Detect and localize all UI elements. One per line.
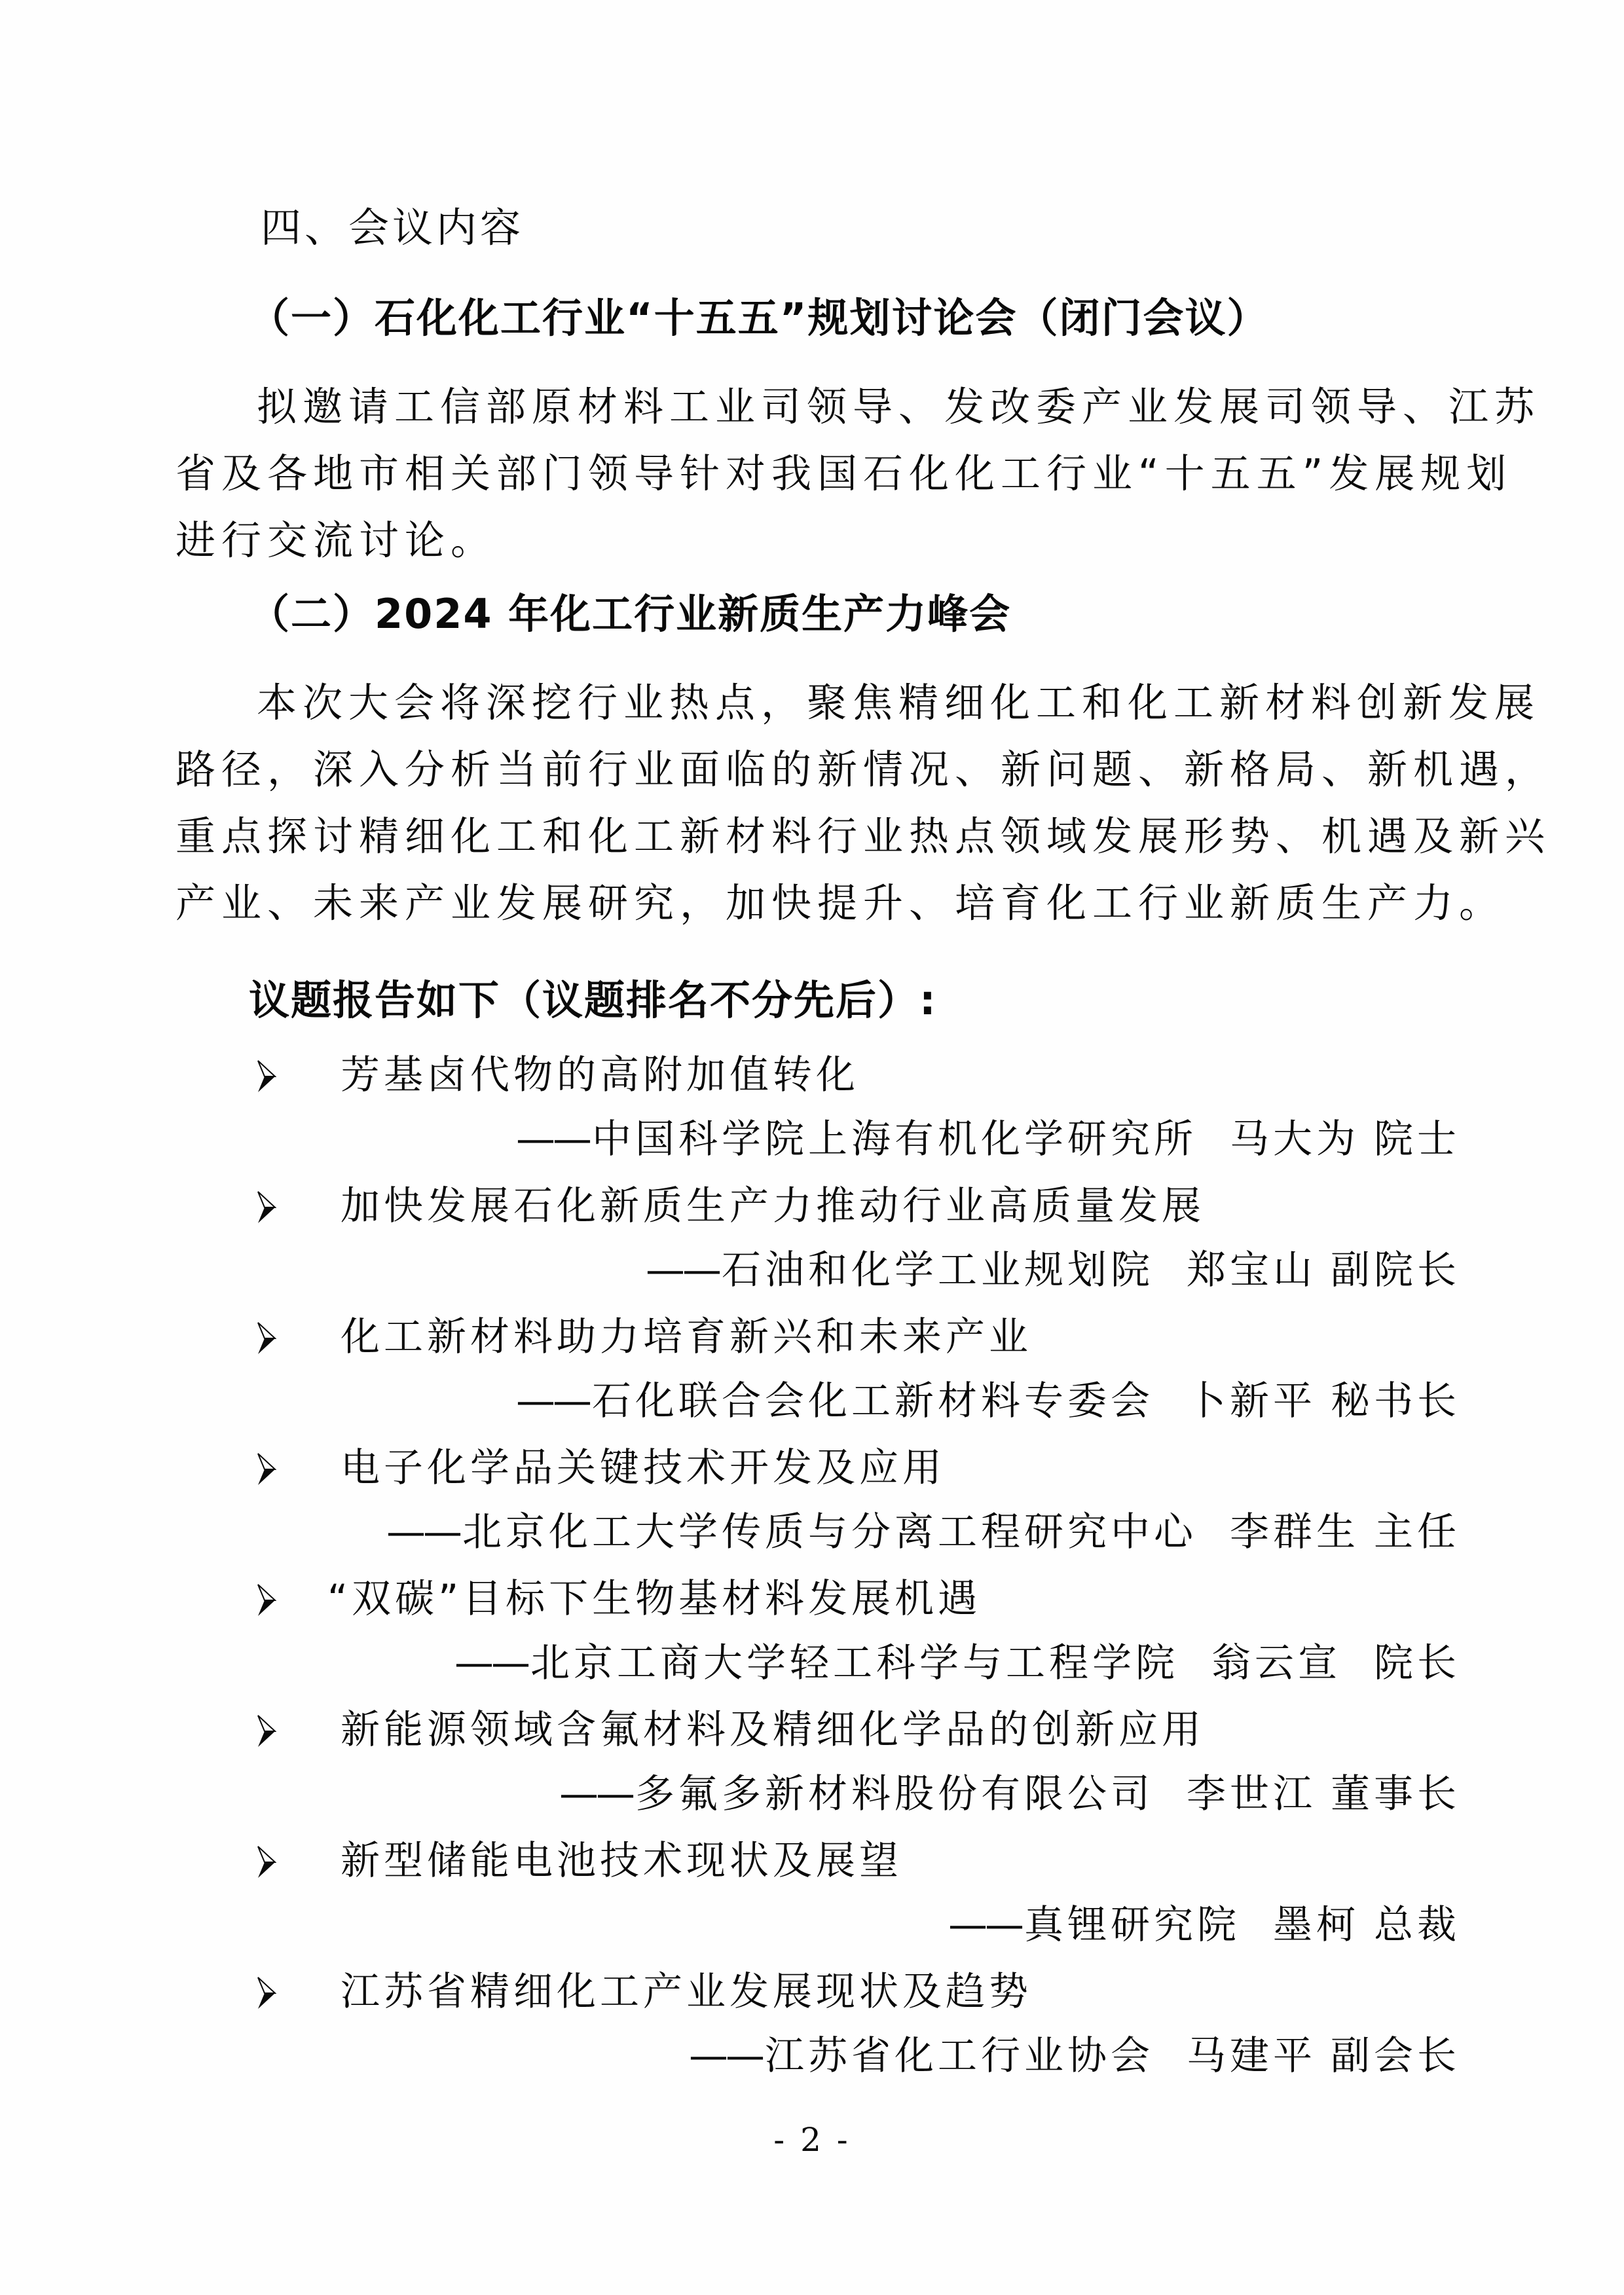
section-heading: 四、会议内容 xyxy=(261,208,524,248)
topic-speaker-line: ——石化联合会化工新材料专委会卜新平秘书长 xyxy=(516,1382,1460,1421)
arrowhead-bullet-icon xyxy=(257,1190,276,1224)
speaker-organization: 北京化工大学传质与分离工程研究中心 xyxy=(462,1509,1197,1555)
speaker-position: 院士 xyxy=(1374,1116,1460,1162)
speaker-name: 郑宝山 xyxy=(1187,1247,1316,1293)
part1-paragraph-line-3: 进行交流讨论。 xyxy=(175,521,496,560)
speaker-position: 总裁 xyxy=(1374,1902,1460,1948)
em-dash: —— xyxy=(516,1116,589,1162)
speaker-organization: 石油和化学工业规划院 xyxy=(722,1247,1154,1293)
speaker-organization: 北京工商大学轻工科学与工程学院 xyxy=(530,1640,1179,1686)
em-dash: —— xyxy=(948,1902,1022,1948)
speaker-organization: 江苏省化工行业协会 xyxy=(765,2033,1154,2079)
document-page: 四、会议内容 （一）石化化工行业“十五五”规划讨论会（闭门会议） 拟邀请工信部原… xyxy=(0,0,1624,2295)
speaker-position: 副会长 xyxy=(1331,2033,1460,2079)
topic-title: 电子化学品关键技术开发及应用 xyxy=(341,1448,946,1488)
topic-title: 新型储能电池技术现状及展望 xyxy=(341,1841,902,1881)
em-dash: —— xyxy=(386,1509,460,1555)
part2-heading: （二）2024 年化工行业新质生产力峰会 xyxy=(249,595,1011,634)
part1-heading: （一）石化化工行业“十五五”规划讨论会（闭门会议） xyxy=(249,299,1269,338)
speaker-name: 李世江 xyxy=(1187,1771,1316,1817)
speaker-name: 马大为 xyxy=(1230,1116,1359,1162)
arrowhead-bullet-icon xyxy=(257,1976,276,2010)
part2-paragraph-line-2: 路径，深入分析当前行业面临的新情况、新问题、新格局、新机遇， xyxy=(175,750,1551,790)
arrowhead-bullet-icon xyxy=(257,1714,276,1748)
arrowhead-bullet-icon xyxy=(257,1321,276,1355)
em-dash: —— xyxy=(689,2033,762,2079)
speaker-name: 马建平 xyxy=(1187,2033,1316,2079)
topic-title: “双碳”目标下生物基材料发展机遇 xyxy=(327,1579,981,1619)
part1-paragraph-line-1: 拟邀请工信部原材料工业司领导、发改委产业发展司领导、江苏 xyxy=(257,388,1540,427)
speaker-position: 院长 xyxy=(1374,1640,1460,1686)
speaker-organization: 中国科学院上海有机化学研究所 xyxy=(592,1116,1197,1162)
topic-speaker-line: ——江苏省化工行业协会马建平副会长 xyxy=(689,2036,1460,2076)
topic-speaker-line: ——北京工商大学轻工科学与工程学院翁云宣院长 xyxy=(454,1643,1460,1683)
em-dash: —— xyxy=(454,1640,528,1686)
speaker-name: 卜新平 xyxy=(1187,1378,1316,1424)
em-dash: —— xyxy=(646,1247,719,1293)
em-dash: —— xyxy=(559,1771,633,1817)
speaker-position: 董事长 xyxy=(1331,1771,1460,1817)
arrowhead-bullet-icon xyxy=(257,1583,276,1617)
part1-paragraph-line-2: 省及各地市相关部门领导针对我国石化化工行业“十五五”发展规划 xyxy=(175,454,1512,494)
arrowhead-bullet-icon xyxy=(257,1059,276,1093)
part2-paragraph-line-1: 本次大会将深挖行业热点，聚焦精细化工和化工新材料创新发展 xyxy=(257,684,1540,723)
topic-speaker-line: ——中国科学院上海有机化学研究所马大为院士 xyxy=(516,1120,1460,1159)
speaker-name: 翁云宣 xyxy=(1211,1640,1341,1686)
speaker-name: 墨柯 xyxy=(1273,1902,1359,1948)
speaker-position: 秘书长 xyxy=(1331,1378,1460,1424)
arrowhead-bullet-icon xyxy=(257,1452,276,1486)
topic-speaker-line: ——石油和化学工业规划院郑宝山副院长 xyxy=(646,1251,1460,1290)
em-dash: —— xyxy=(516,1378,589,1424)
topic-title: 加快发展石化新质生产力推动行业高质量发展 xyxy=(341,1186,1205,1226)
speaker-position: 主任 xyxy=(1374,1509,1460,1555)
part2-paragraph-line-4: 产业、未来产业发展研究，加快提升、培育化工行业新质生产力。 xyxy=(175,884,1505,923)
topics-heading: 议题报告如下（议题排名不分先后）: xyxy=(249,981,937,1020)
topic-speaker-line: ——多氟多新材料股份有限公司李世江董事长 xyxy=(559,1774,1460,1814)
arrowhead-bullet-icon xyxy=(257,1845,276,1879)
page-number: - 2 - xyxy=(0,2123,1624,2156)
topic-speaker-line: ——真锂研究院墨柯总裁 xyxy=(948,1905,1460,1945)
speaker-position: 副院长 xyxy=(1331,1247,1460,1293)
topic-title: 化工新材料助力培育新兴和未来产业 xyxy=(341,1317,1032,1357)
topic-speaker-line: ——北京化工大学传质与分离工程研究中心李群生主任 xyxy=(386,1513,1460,1552)
part2-paragraph-line-3: 重点探讨精细化工和化工新材料行业热点领域发展形势、机遇及新兴 xyxy=(175,817,1551,856)
topic-title: 新能源领域含氟材料及精细化学品的创新应用 xyxy=(341,1710,1205,1750)
speaker-name: 李群生 xyxy=(1230,1509,1359,1555)
speaker-organization: 真锂研究院 xyxy=(1024,1902,1240,1948)
speaker-organization: 多氟多新材料股份有限公司 xyxy=(635,1771,1154,1817)
topic-title: 江苏省精细化工产业发展现状及趋势 xyxy=(341,1972,1032,2011)
speaker-organization: 石化联合会化工新材料专委会 xyxy=(592,1378,1154,1424)
topic-title: 芳基卤代物的高附加值转化 xyxy=(341,1056,859,1095)
